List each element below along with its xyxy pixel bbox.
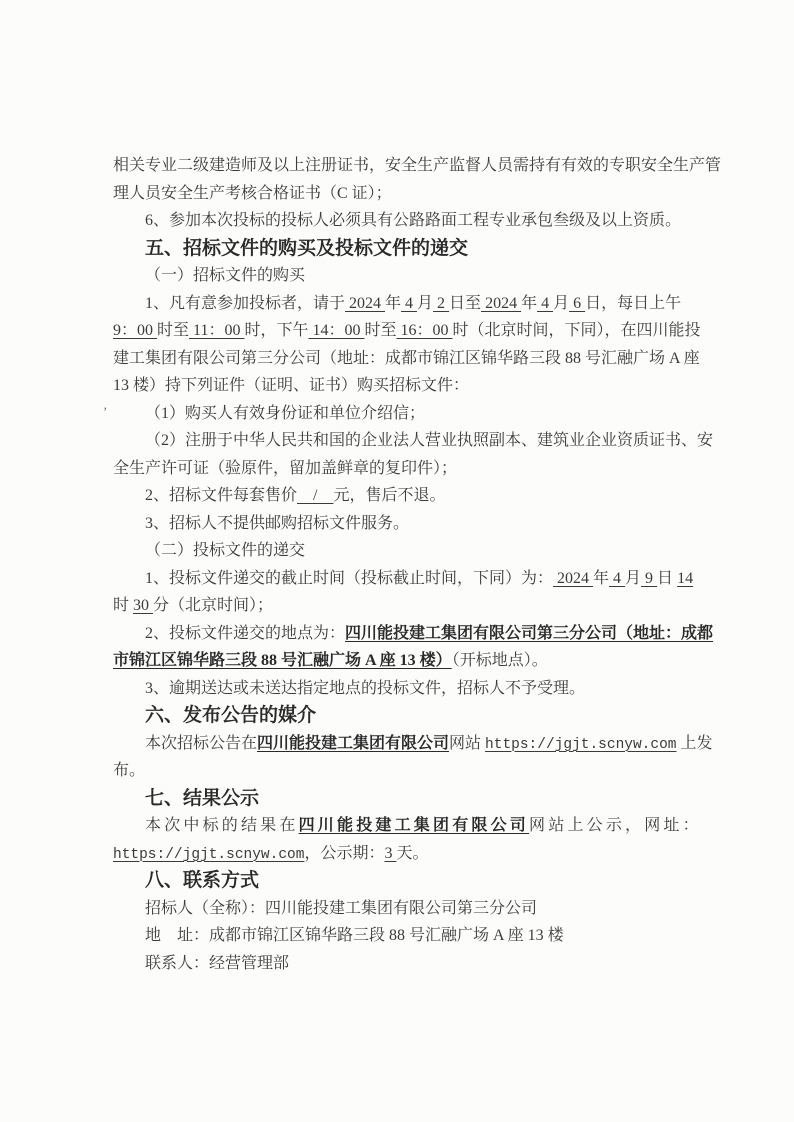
stray-ink-mark: ’ [103,404,107,420]
text-segment: 元，售后不退。 [333,487,445,504]
text-line: （2）注册于中华人民共和国的企业法人营业执照副本、建筑业企业资质证书、安 [113,427,709,455]
text-line: 6、参加本次投标的投标人必须具有公路路面工程专业承包叁级及以上资质。 [113,207,709,235]
text-segment: 6、参加本次投标的投标人必须具有公路路面工程专业承包叁级及以上资质。 [145,212,681,229]
text-segment: 2 [433,295,449,312]
text-segment: （2）注册于中华人民共和国的企业法人营业执照副本、建筑业企业资质证书、安 [145,432,713,449]
text-line: 3、招标人不提供邮购招标文件服务。 [113,510,709,538]
text-segment: 时 [113,597,133,614]
text-segment: （开标地点）。 [452,652,548,669]
text-segment: 时（北京时间，下同），在四川能投 [453,322,701,339]
text-segment: 6 [569,295,585,312]
text-segment: 年 [385,295,401,312]
text-segment: / [297,487,333,504]
text-segment: 年 [521,295,537,312]
text-segment: 五、招标文件的购买及投标文件的递交 [145,238,468,259]
text-segment: 1、投标文件递交的截止时间（投标截止时间，下同）为： [145,570,553,587]
text-segment: 3、逾期送达或未送达指定地点的投标文件，招标人不予受理。 [145,680,585,697]
text-segment: 八、联系方式 [145,870,259,891]
text-segment: 11：00 [189,322,244,339]
text-line: 1、投标文件递交的截止时间（投标截止时间，下同）为： 2024 年 4 月 9 … [113,565,709,593]
text-segment: 理人员安全生产考核合格证书（C 证）； [113,185,392,202]
text-line: 3、逾期送达或未送达指定地点的投标文件，招标人不予受理。 [113,675,709,703]
text-segment: 日，每日上午 [585,295,681,312]
text-segment: 2024 [553,570,593,587]
text-segment: 9：00 [113,322,157,339]
text-segment: 16：00 [397,322,453,339]
text-segment: 布。 [113,762,145,779]
url-text: https://jgjt.scnyw.com [113,847,304,863]
text-segment: 4 [401,295,417,312]
text-segment: 六、发布公告的媒介 [145,705,316,726]
text-segment: 4 [609,570,625,587]
text-line: 相关专业二级建造师及以上注册证书，安全生产监督人员需持有有效的专职安全生产管 [113,152,709,180]
section-heading-line: 七、结果公示 [113,785,709,813]
text-line: 本次招标公告在四川能投建工集团有限公司网站 https://jgjt.scnyw… [113,730,709,758]
text-line: 招标人（全称）：四川能投建工集团有限公司第三分公司 [113,895,709,923]
text-segment: 时至 [364,322,396,339]
text-segment: 3、招标人不提供邮购招标文件服务。 [145,515,409,532]
text-segment: 时，下午 [244,322,308,339]
text-line: （1）购买人有效身份证和单位介绍信； [113,400,709,428]
text-segment: 2024 [481,295,521,312]
text-segment: 年 [593,570,609,587]
text-segment: 月 [625,570,641,587]
text-segment: 本次招标公告在 [145,735,257,752]
text-segment: 9 [641,570,657,587]
text-segment: 4 [537,295,553,312]
text-segment: 月 [417,295,433,312]
text-line: 本次中标的结果在四川能投建工集团有限公司网站上公示，网址： [113,812,709,840]
text-line: 2、投标文件递交的地点为：四川能投建工集团有限公司第三分公司（地址：成都 [113,620,709,648]
text-segment: 1、凡有意参加投标者，请于 [145,295,345,312]
company-name-text: 四川能投建工集团有限公司 [257,735,449,752]
text-segment: 13 楼）持下列证件（证明、证书）购买招标文件： [113,377,469,394]
text-segment: （一）招标文件的购买 [145,267,305,284]
text-segment: 14 [677,570,693,587]
url-text: https://jgjt.scnyw.com [485,737,676,753]
company-name-text: 四川能投建工集团有限公司 [299,817,529,834]
text-line: 建工集团有限公司第三分公司（地址：成都市锦江区锦华路三段 88 号汇融广场 A … [113,345,709,373]
text-segment: 日至 [449,295,481,312]
text-line: 2、招标文件每套售价 / 元，售后不退。 [113,482,709,510]
text-line: 9：00 时至 11：00 时，下午 14：00 时至 16：00 时（北京时间… [113,317,709,345]
section-heading-line: 五、招标文件的购买及投标文件的递交 [113,235,709,263]
text-segment: 时至 [157,322,189,339]
section-heading-line: 六、发布公告的媒介 [113,702,709,730]
text-line: 布。 [113,757,709,785]
text-segment: 全生产许可证（验原件，留加盖鲜章的复印件）； [113,460,457,477]
text-line: 地 址：成都市锦江区锦华路三段 88 号汇融广场 A 座 13 楼 [113,922,709,950]
text-segment: 联系人：经营管理部 [145,955,289,972]
company-name-text: 市锦江区锦华路三段 88 号汇融广场 A 座 13 楼） [113,652,452,669]
text-line: 市锦江区锦华路三段 88 号汇融广场 A 座 13 楼）（开标地点）。 [113,647,709,675]
text-segment: 七、结果公示 [145,788,259,809]
text-segment: 上发 [676,735,712,752]
text-segment: （二）投标文件的递交 [145,542,305,559]
document-text: 相关专业二级建造师及以上注册证书，安全生产监督人员需持有有效的专职安全生产管理人… [113,152,709,977]
text-segment: 2、招标文件每套售价 [145,487,297,504]
text-line: 全生产许可证（验原件，留加盖鲜章的复印件）； [113,455,709,483]
text-segment: 30 [133,597,153,614]
text-segment: 建工集团有限公司第三分公司（地址：成都市锦江区锦华路三段 88 号汇融广场 A … [113,350,700,367]
text-segment: 相关专业二级建造师及以上注册证书，安全生产监督人员需持有有效的专职安全生产管 [113,157,721,174]
text-line: 时 30 分（北京时间）； [113,592,709,620]
text-segment: 3 [384,845,396,862]
text-segment: 地 址：成都市锦江区锦华路三段 88 号汇融广场 A 座 13 楼 [145,927,564,944]
text-segment: ，公示期： [304,845,384,862]
text-line: （一）招标文件的购买 [113,262,709,290]
text-segment: 14：00 [308,322,364,339]
text-line: https://jgjt.scnyw.com，公示期：3 天。 [113,840,709,868]
text-line: 理人员安全生产考核合格证书（C 证）； [113,180,709,208]
section-heading-line: 八、联系方式 [113,867,709,895]
text-segment: （1）购买人有效身份证和单位介绍信； [145,405,425,422]
company-name-text: 四川能投建工集团有限公司第三分公司（地址：成都 [345,625,713,642]
text-segment: 月 [553,295,569,312]
text-segment: 日 [657,570,677,587]
text-segment: 分（北京时间）； [153,597,273,614]
text-line: 1、凡有意参加投标者，请于 2024 年 4 月 2 日至 2024 年 4 月… [113,290,709,318]
text-segment: 网站上公示，网址： [529,817,702,834]
text-segment: 招标人（全称）：四川能投建工集团有限公司第三分公司 [145,900,537,917]
document-page: ’ 相关专业二级建造师及以上注册证书，安全生产监督人员需持有有效的专职安全生产管… [0,0,794,1122]
text-segment: 网站 [449,735,485,752]
text-line: （二）投标文件的递交 [113,537,709,565]
text-line: 13 楼）持下列证件（证明、证书）购买招标文件： [113,372,709,400]
text-line: 联系人：经营管理部 [113,950,709,978]
text-segment: 2、投标文件递交的地点为： [145,625,345,642]
text-segment: 天。 [396,845,428,862]
text-segment: 本次中标的结果在 [145,817,299,834]
text-segment: 2024 [345,295,385,312]
